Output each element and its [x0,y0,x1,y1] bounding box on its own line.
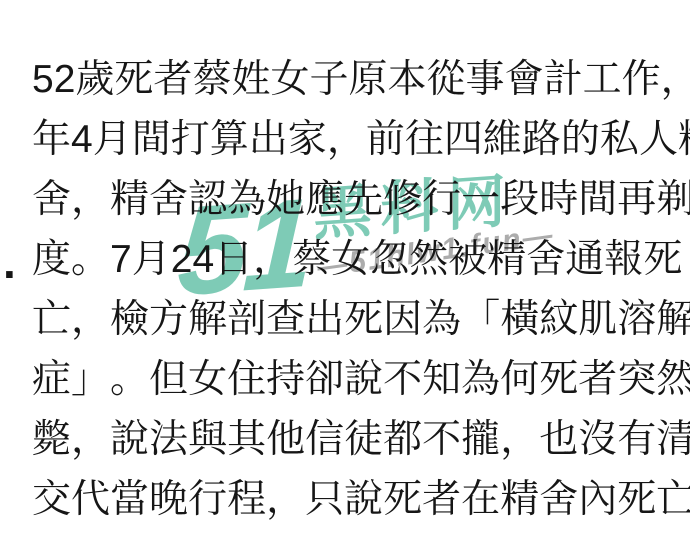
text-glyph: 然 [409,230,448,290]
text-glyph: ， [253,230,292,290]
text-glyph: 原 [349,50,388,110]
text-glyph: 舍 [149,170,188,230]
text-glyph: 算 [210,110,249,170]
text-glyph: 月 [132,230,171,290]
text-glyph: 再 [617,170,656,230]
text-glyph: 度 [32,230,71,290]
text-glyph: 剖 [227,290,266,350]
text-glyph: 姓 [231,50,270,110]
text-line: 年4月間打算出家，前往四維路的私人精 [32,110,662,170]
text-glyph: 說 [344,470,383,530]
text-line: 亡，檢方解剖查出死因為「橫紋肌溶解 [32,290,662,350]
text-glyph: 死 [643,230,682,290]
text-glyph: 的 [561,110,600,170]
text-line: 症」。但女住持卻說不知為何死者突然暴 [32,350,662,410]
text-glyph: 紋 [539,290,578,350]
text-line: 舍，精舍認為她應先修行一段時間再剃 [32,170,662,230]
text-glyph: 為 [461,350,500,410]
text-glyph: 者 [153,50,192,110]
text-line: 交代當晚行程，只說死者在精舍內死亡。 [32,470,662,530]
text-glyph: 檢 [110,290,149,350]
text-glyph: 7 [110,230,132,290]
text-glyph: 作 [622,50,661,110]
text-glyph: ， [661,50,690,110]
text-glyph: 其 [227,410,266,470]
text-glyph: 說 [344,350,383,410]
text-glyph: 清 [656,410,690,470]
text-glyph: 與 [188,410,227,470]
text-glyph: 死 [383,470,422,530]
text-glyph: 當 [110,470,149,530]
text-glyph: 她 [266,170,305,230]
text-glyph: 舍 [32,170,71,230]
text-glyph: 「 [461,290,500,350]
text-glyph: 解 [656,290,690,350]
text-glyph: 蔡 [192,50,231,110]
text-glyph: 先 [344,170,383,230]
text-glyph: 女 [331,230,370,290]
text-glyph: 報 [604,230,643,290]
text-glyph: 都 [383,410,422,470]
text-glyph: 他 [266,410,305,470]
text-glyph: 路 [522,110,561,170]
text-glyph: ， [500,410,539,470]
text-glyph: 死 [617,470,656,530]
text-glyph: 但 [149,350,188,410]
text-glyph: 溶 [617,290,656,350]
text-glyph: 在 [461,470,500,530]
text-glyph: 時 [539,170,578,230]
article-text: 52歲死者蔡姓女子原本從事會計工作，今年4月間打算出家，前往四維路的私人精舍，精… [32,50,662,530]
text-line: 度。7月24日，蔡女忽然被精舍通報死 [32,230,662,290]
text-glyph: 攏 [461,410,500,470]
text-glyph: 舍 [526,230,565,290]
text-glyph: 內 [578,470,617,530]
text-glyph: 往 [405,110,444,170]
text-line: 斃，說法與其他信徒都不攏，也沒有清楚 [32,410,662,470]
text-glyph: 亡 [656,470,690,530]
text-glyph: 人 [639,110,678,170]
text-glyph: 信 [305,410,344,470]
text-glyph: 日 [214,230,253,290]
text-glyph: 維 [483,110,522,170]
text-glyph: ， [71,170,110,230]
text-glyph: 程 [227,470,266,530]
text-glyph: 為 [227,170,266,230]
text-glyph: 肌 [578,290,617,350]
text-glyph: 計 [544,50,583,110]
text-glyph: 段 [500,170,539,230]
text-glyph: 晚 [149,470,188,530]
text-glyph: 女 [188,350,227,410]
text-glyph: 者 [578,350,617,410]
text-glyph: 有 [617,410,656,470]
text-glyph: ， [327,110,366,170]
text-glyph: 工 [583,50,622,110]
text-glyph: 私 [600,110,639,170]
text-glyph: 代 [71,470,110,530]
text-glyph: 應 [305,170,344,230]
text-glyph: 認 [188,170,227,230]
text-glyph: 修 [383,170,422,230]
text-glyph: 通 [565,230,604,290]
text-glyph: 知 [422,350,461,410]
text-glyph: 出 [305,290,344,350]
text-glyph: 月 [93,110,132,170]
text-glyph: 查 [266,290,305,350]
text-glyph: 住 [227,350,266,410]
text-glyph: 說 [110,410,149,470]
text-glyph: 交 [32,470,71,530]
text-glyph: 突 [617,350,656,410]
left-edge-period: . [3,232,16,292]
text-glyph: 斃 [32,410,71,470]
text-glyph: 徒 [344,410,383,470]
text-glyph: 間 [578,170,617,230]
text-glyph: 。 [110,350,149,410]
text-glyph: 。 [71,230,110,290]
text-glyph: 24 [171,230,214,290]
text-glyph: 一 [461,170,500,230]
text-glyph: 症 [32,350,71,410]
text-glyph: 年 [32,110,71,170]
text-glyph: 法 [149,410,188,470]
text-glyph: 行 [422,170,461,230]
text-glyph: 女 [270,50,309,110]
text-glyph: ， [71,410,110,470]
text-glyph: 前 [366,110,405,170]
text-glyph: 解 [188,290,227,350]
text-glyph: 持 [266,350,305,410]
text-glyph: ， [71,290,110,350]
text-glyph: 剃 [656,170,690,230]
text-glyph: 出 [249,110,288,170]
text-glyph: 蔡 [292,230,331,290]
text-glyph: 精 [678,110,690,170]
article-page: 51 黑料网 —51hlw1.fun— . 52歲死者蔡姓女子原本從事會計工作，… [0,0,690,554]
text-glyph: 四 [444,110,483,170]
text-glyph: 間 [132,110,171,170]
text-glyph: 不 [422,410,461,470]
text-glyph: 然 [656,350,690,410]
text-glyph: 忽 [370,230,409,290]
text-glyph: 死 [114,50,153,110]
text-glyph: 精 [500,470,539,530]
text-line: 52歲死者蔡姓女子原本從事會計工作，今 [32,50,662,110]
text-glyph: 死 [344,290,383,350]
text-glyph: 何 [500,350,539,410]
text-glyph: 會 [505,50,544,110]
text-glyph: 也 [539,410,578,470]
text-glyph: 子 [309,50,348,110]
text-glyph: 從 [427,50,466,110]
text-glyph: 因 [383,290,422,350]
text-glyph: ， [266,470,305,530]
text-glyph: 不 [383,350,422,410]
text-glyph: 52 [32,50,75,110]
text-glyph: 歲 [75,50,114,110]
text-glyph: 打 [171,110,210,170]
text-glyph: 為 [422,290,461,350]
text-glyph: 被 [448,230,487,290]
text-glyph: 者 [422,470,461,530]
text-glyph: 卻 [305,350,344,410]
text-glyph: 舍 [539,470,578,530]
text-glyph: 死 [539,350,578,410]
text-glyph: 方 [149,290,188,350]
text-glyph: 精 [487,230,526,290]
text-glyph: 本 [388,50,427,110]
text-glyph: 亡 [32,290,71,350]
text-glyph: 橫 [500,290,539,350]
text-glyph: 4 [71,110,93,170]
text-glyph: 事 [466,50,505,110]
text-glyph: 」 [71,350,110,410]
text-glyph: 精 [110,170,149,230]
text-glyph: 只 [305,470,344,530]
text-glyph: 沒 [578,410,617,470]
text-glyph: 行 [188,470,227,530]
text-glyph: 家 [288,110,327,170]
